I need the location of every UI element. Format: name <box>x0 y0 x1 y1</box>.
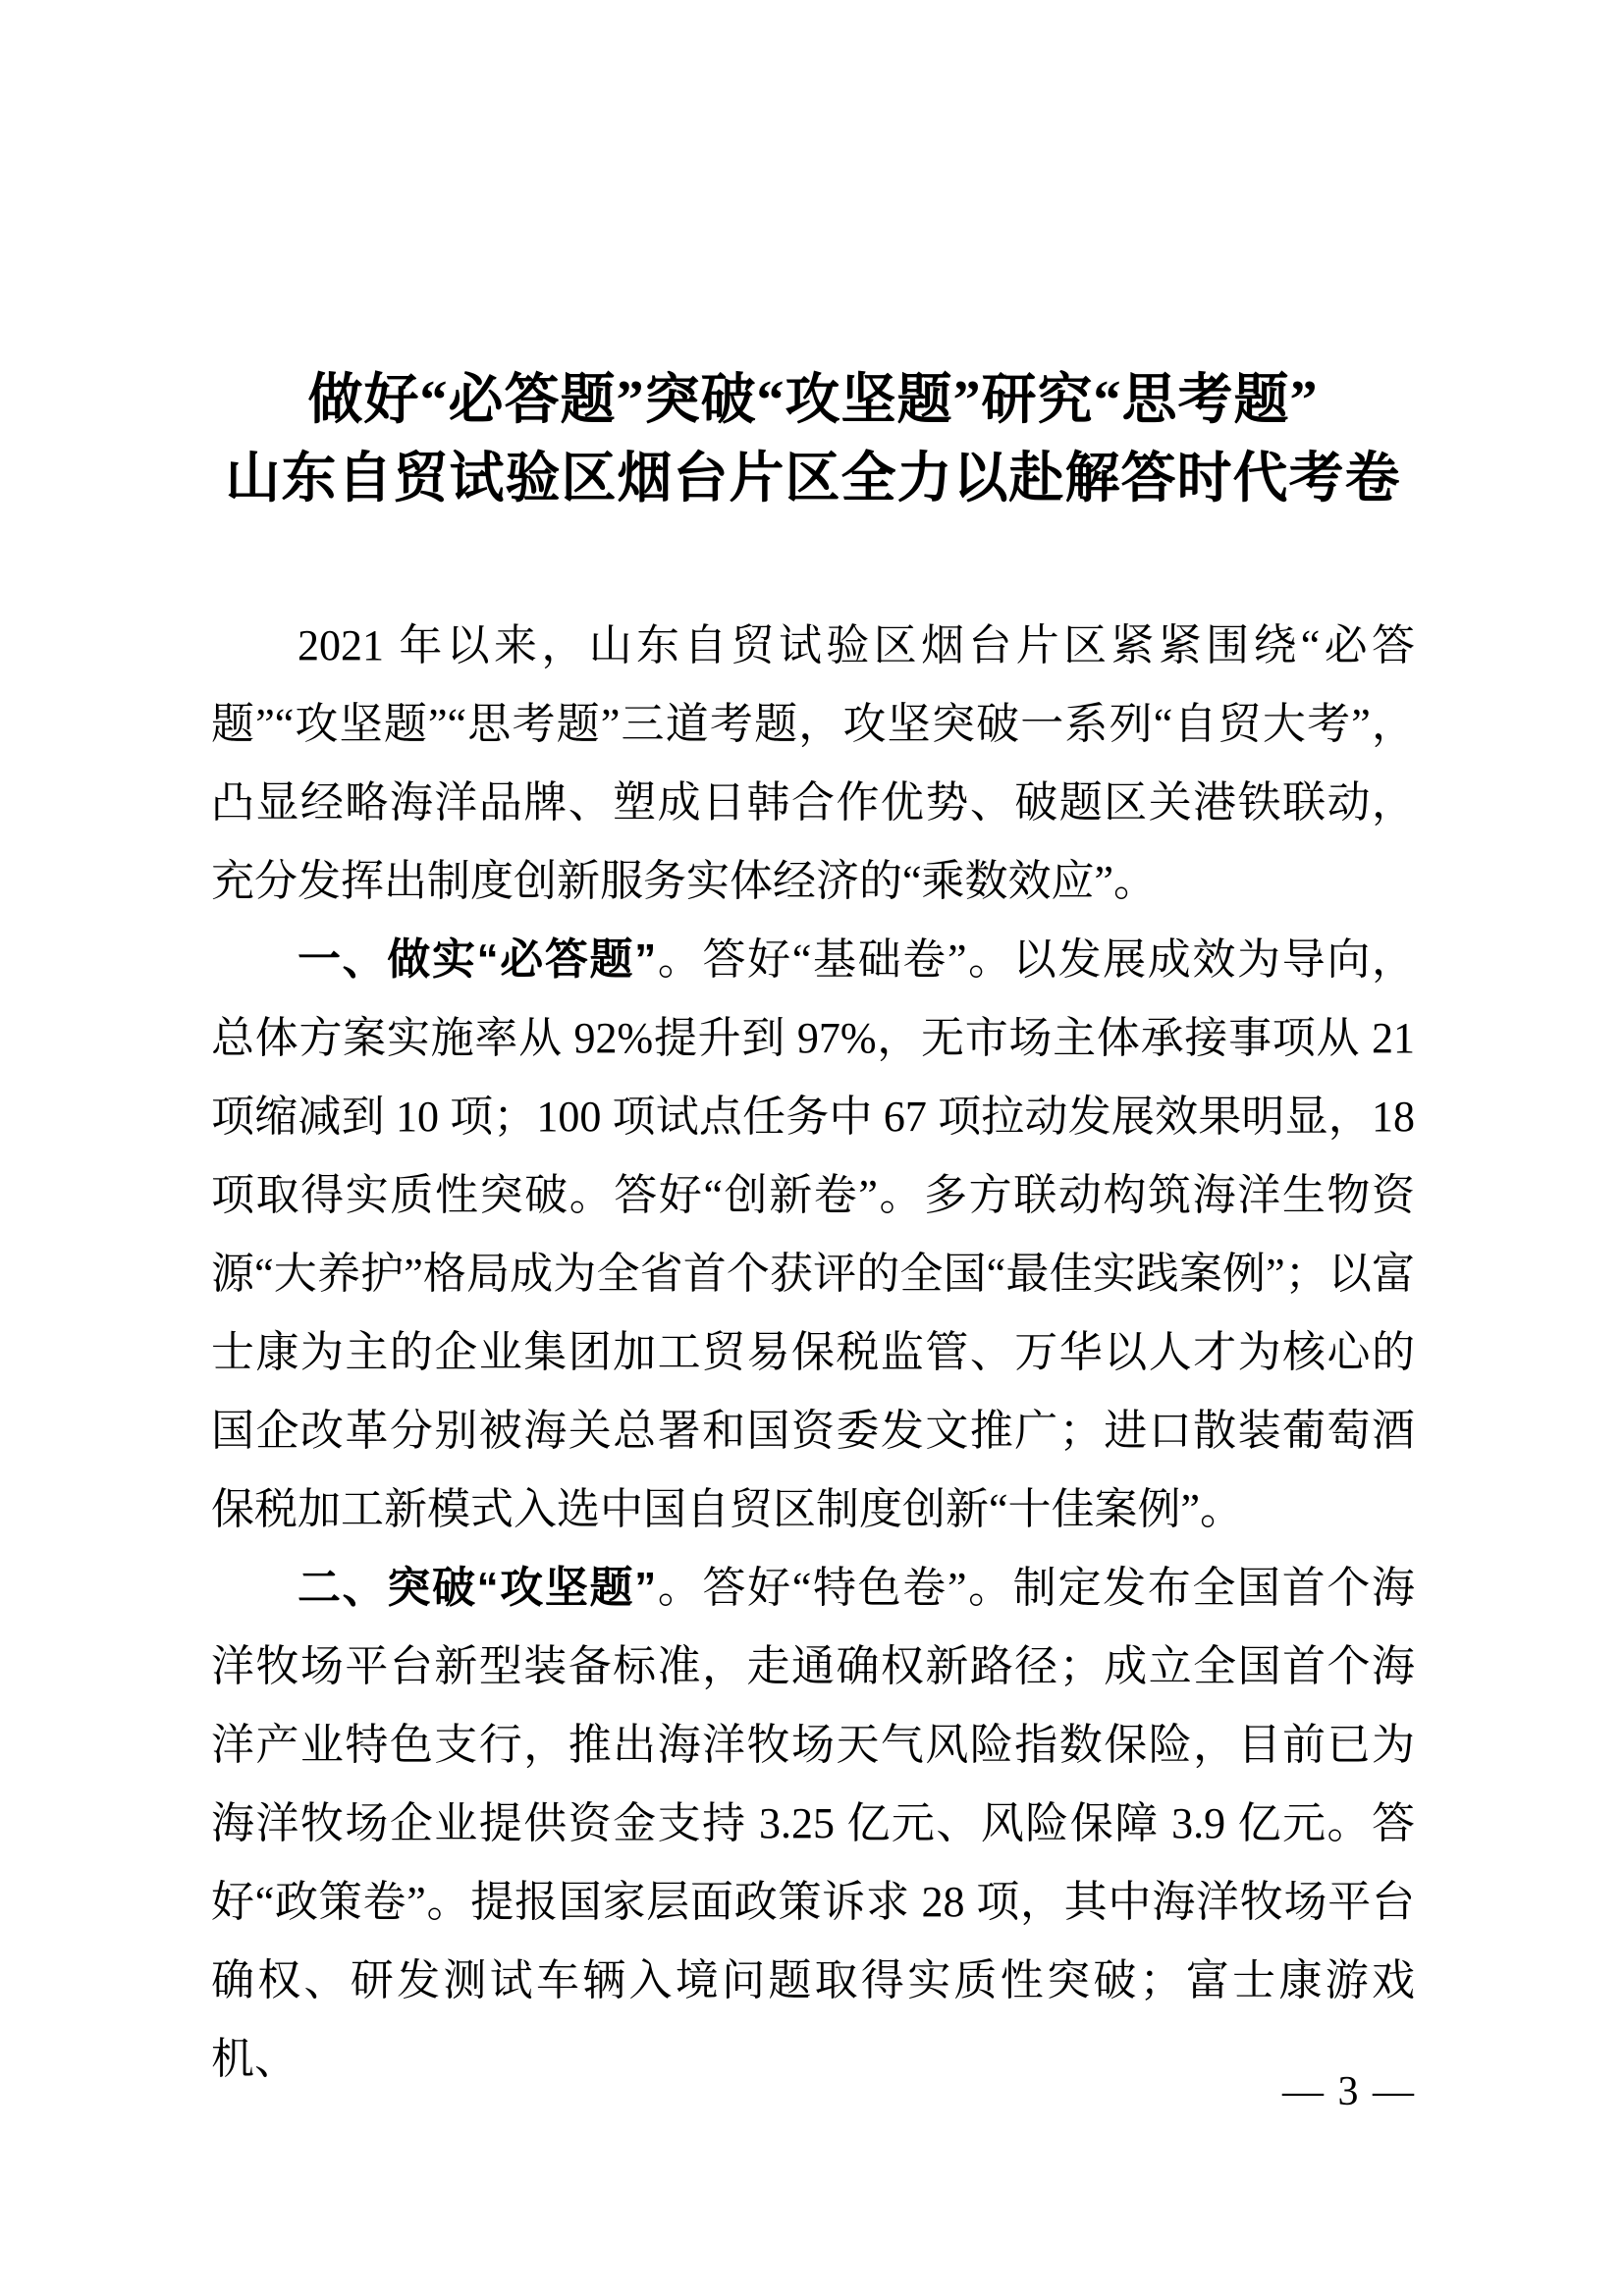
title-line-1: 做好“必答题”突破“攻坚题”研究“思考题” <box>211 361 1415 440</box>
section-2-text: 。答好“特色卷”。制定发布全国首个海洋牧场平台新型装备标准，走通确权新路径；成立… <box>211 1564 1415 2083</box>
section-2-heading: 二、突破“攻坚题” <box>298 1564 656 1612</box>
document-page: 做好“必答题”突破“攻坚题”研究“思考题” 山东自贸试验区烟台片区全力以赴解答时… <box>0 0 1624 2296</box>
page-number: — 3 — <box>1282 2067 1416 2116</box>
title-line-2: 山东自贸试验区烟台片区全力以赴解答时代考卷 <box>211 440 1415 518</box>
section-1-text: 。答好“基础卷”。以发展成效为导向，总体方案实施率从 92%提升到 97%，无市… <box>211 935 1415 1533</box>
document-content: 做好“必答题”突破“攻坚题”研究“思考题” 山东自贸试验区烟台片区全力以赴解答时… <box>211 361 1415 2099</box>
paragraph-section-2: 二、突破“攻坚题”。答好“特色卷”。制定发布全国首个海洋牧场平台新型装备标准，走… <box>211 1549 1415 2099</box>
document-body: 2021 年以来，山东自贸试验区烟台片区紧紧围绕“必答题”“攻坚题”“思考题”三… <box>211 607 1415 2099</box>
paragraph-section-1: 一、做实“必答题”。答好“基础卷”。以发展成效为导向，总体方案实施率从 92%提… <box>211 921 1415 1549</box>
paragraph-intro-text: 2021 年以来，山东自贸试验区烟台片区紧紧围绕“必答题”“攻坚题”“思考题”三… <box>211 621 1415 905</box>
document-title: 做好“必答题”突破“攻坚题”研究“思考题” 山东自贸试验区烟台片区全力以赴解答时… <box>211 361 1415 518</box>
paragraph-intro: 2021 年以来，山东自贸试验区烟台片区紧紧围绕“必答题”“攻坚题”“思考题”三… <box>211 607 1415 921</box>
section-1-heading: 一、做实“必答题” <box>298 935 656 984</box>
